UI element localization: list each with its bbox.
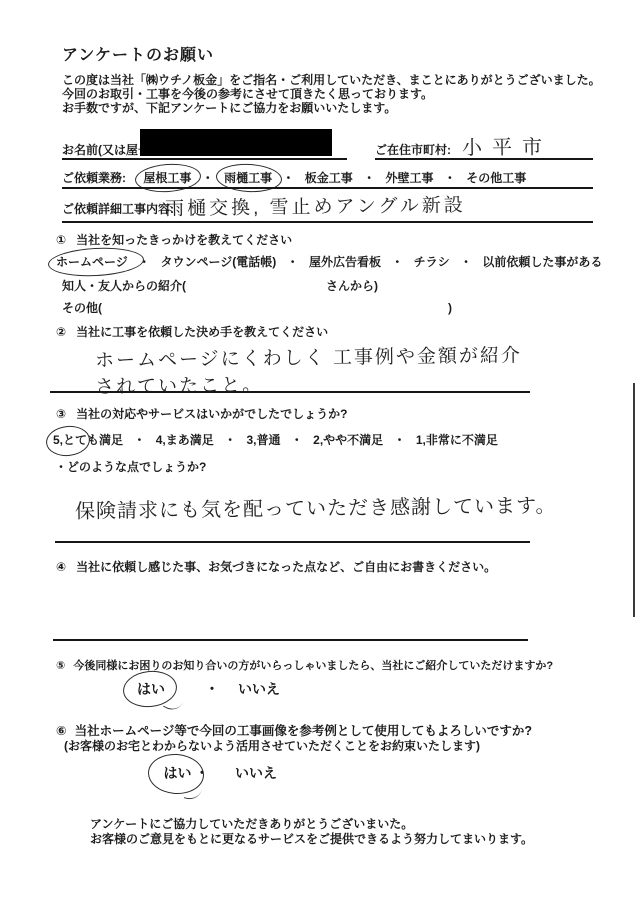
detail-handwritten-value: 雨樋交換, 雪止めアングル新設	[165, 190, 466, 221]
city-label: ご在住市町村:	[375, 141, 451, 158]
q2-handwritten-line-2: されていたこと。	[95, 370, 263, 399]
q6-answer-yes: はい	[163, 763, 191, 783]
name-redaction-box	[140, 129, 332, 156]
handwritten-circle-tail	[184, 785, 202, 801]
q2-number: ②	[56, 325, 66, 339]
q5-separator: ・	[205, 679, 219, 699]
q3-option-very-dissatisfied: 1,非常に不満足	[416, 433, 498, 447]
q4-header: ④当社に依頼し感じた事、お気づきになった点など、ご自由にお書きください。	[56, 558, 496, 575]
option-separator: ・	[363, 171, 375, 185]
q1-other-suffix: )	[448, 301, 452, 315]
q5-answer-no: いいえ	[238, 679, 280, 699]
service-option-sheetmetal: 板金工事	[305, 171, 353, 185]
city-underline	[375, 158, 593, 160]
city-handwritten-value: 小平市	[462, 130, 552, 160]
option-separator: ・	[291, 433, 303, 447]
services-underline	[62, 187, 593, 189]
service-option-wall: 外壁工事	[386, 171, 434, 185]
option-separator: ・	[202, 171, 214, 185]
q1-options: ホームページ ・ タウンページ(電話帳) ・ 屋外広告看板 ・ チラシ ・ 以前…	[56, 253, 602, 270]
detail-label: ご依頼詳細工事内容:	[62, 200, 174, 217]
option-separator: ・	[133, 433, 145, 447]
q1-other-label: その他(	[62, 301, 102, 315]
q4-number: ④	[56, 560, 66, 574]
q1-other-line: その他()	[62, 299, 452, 316]
q6-separator: ・	[195, 763, 209, 783]
q3-option-neutral: 3,普通	[246, 433, 280, 447]
q1-option-repeat: 以前依頼した事がある	[482, 255, 602, 269]
name-label: お名前(又は屋号	[62, 141, 150, 158]
q3-options: 5,とても満足 ・ 4,まあ満足 ・ 3,普通 ・ 2,やや不満足 ・ 1,非常…	[53, 431, 498, 448]
q1-option-homepage: ホームページ	[56, 253, 128, 270]
q2-answer-underline	[50, 391, 530, 393]
q3-option-satisfied: 4,まあ満足	[156, 433, 214, 447]
option-separator: ・	[391, 255, 403, 269]
detail-underline	[62, 221, 593, 223]
footer-line-2: お客様のご意見をもとに更なるサービスをご提供できるよう努力してまいります。	[90, 830, 533, 847]
name-underline	[62, 158, 347, 160]
q5-header: ⑤今後同様にお困りのお知り合いの方がいらっしゃいましたら、当社にご紹介していただ…	[56, 657, 553, 673]
q2-title: 当社に工事を依頼した決め手を教えてください	[76, 325, 328, 339]
q2-handwritten-line-1: ホームページにくわしく 工事例や金額が紹介	[95, 340, 522, 372]
option-separator: ・	[460, 255, 472, 269]
q1-referral-label: 知人・友人からの紹介(	[62, 279, 186, 293]
q3-number: ③	[56, 407, 66, 421]
q1-referral-line: 知人・友人からの紹介(さんから)	[62, 277, 378, 294]
q4-title: 当社に依頼し感じた事、お気づきになった点など、ご自由にお書きください。	[76, 560, 496, 574]
q1-option-billboard: 屋外広告看板	[309, 255, 381, 269]
service-option-gutter: 雨樋工事	[224, 169, 272, 186]
q5-number: ⑤	[56, 660, 65, 672]
scan-artifact-line	[633, 383, 635, 617]
service-option-roof: 屋根工事	[143, 169, 191, 186]
q3-option-very-satisfied: 5,とても満足	[53, 431, 123, 448]
option-separator: ・	[394, 433, 406, 447]
q3-handwritten-answer: 保険請求にも気を配っていただき感謝しています。	[75, 489, 557, 524]
q1-option-flyer: チラシ	[414, 255, 450, 269]
q3-option-somewhat-dissatisfied: 2,やや不満足	[313, 433, 383, 447]
q1-header: ①当社を知ったきっかけを教えてください	[56, 231, 292, 248]
services-label: ご依頼業務:	[62, 171, 126, 185]
q3-sub-question: ・どのような点でしょうか?	[55, 458, 206, 475]
q1-option-townpage: タウンページ(電話帳)	[160, 255, 276, 269]
q3-title: 当社の対応やサービスはいかがでしたでしょうか?	[76, 407, 347, 421]
q5-answer-yes: はい	[137, 679, 165, 699]
q6-note: (お客様のお宅とわからないよう活用させていただくことをお約束いたします)	[64, 737, 480, 754]
q3-answer-underline	[55, 541, 530, 543]
q2-header: ②当社に工事を依頼した決め手を教えてください	[56, 323, 328, 340]
q6-title: 当社ホームページ等で今回の工事画像を参考例として使用してもよろしいですか?	[75, 724, 532, 738]
q1-title: 当社を知ったきっかけを教えてください	[76, 233, 292, 247]
services-row: ご依頼業務: 屋根工事 ・ 雨樋工事 ・ 板金工事 ・ 外壁工事 ・ その他工事	[62, 169, 526, 186]
q3-header: ③当社の対応やサービスはいかがでしたでしょうか?	[56, 405, 348, 422]
service-option-other: その他工事	[466, 171, 526, 185]
option-separator: ・	[444, 171, 456, 185]
page-title: アンケートのお願い	[62, 42, 214, 65]
intro-line-3: お手数ですが、下記アンケートにご協力をお願いいたします。	[62, 99, 396, 116]
option-separator: ・	[138, 255, 150, 269]
handwritten-circle-tail	[163, 695, 183, 714]
q1-referral-suffix: さんから)	[326, 279, 378, 293]
q6-number: ⑥	[56, 724, 67, 738]
option-separator: ・	[282, 171, 294, 185]
q6-answer-no: いいえ	[235, 763, 277, 783]
option-separator: ・	[224, 433, 236, 447]
q4-answer-underline	[53, 639, 528, 641]
questionnaire-page: アンケートのお願い この度は当社「㈱ウチノ板金」をご指名・ご利用していただき、ま…	[0, 0, 640, 904]
q5-title: 今後同様にお困りのお知り合いの方がいらっしゃいましたら、当社にご紹介していただけ…	[73, 660, 553, 672]
q1-number: ①	[56, 233, 66, 247]
option-separator: ・	[287, 255, 299, 269]
